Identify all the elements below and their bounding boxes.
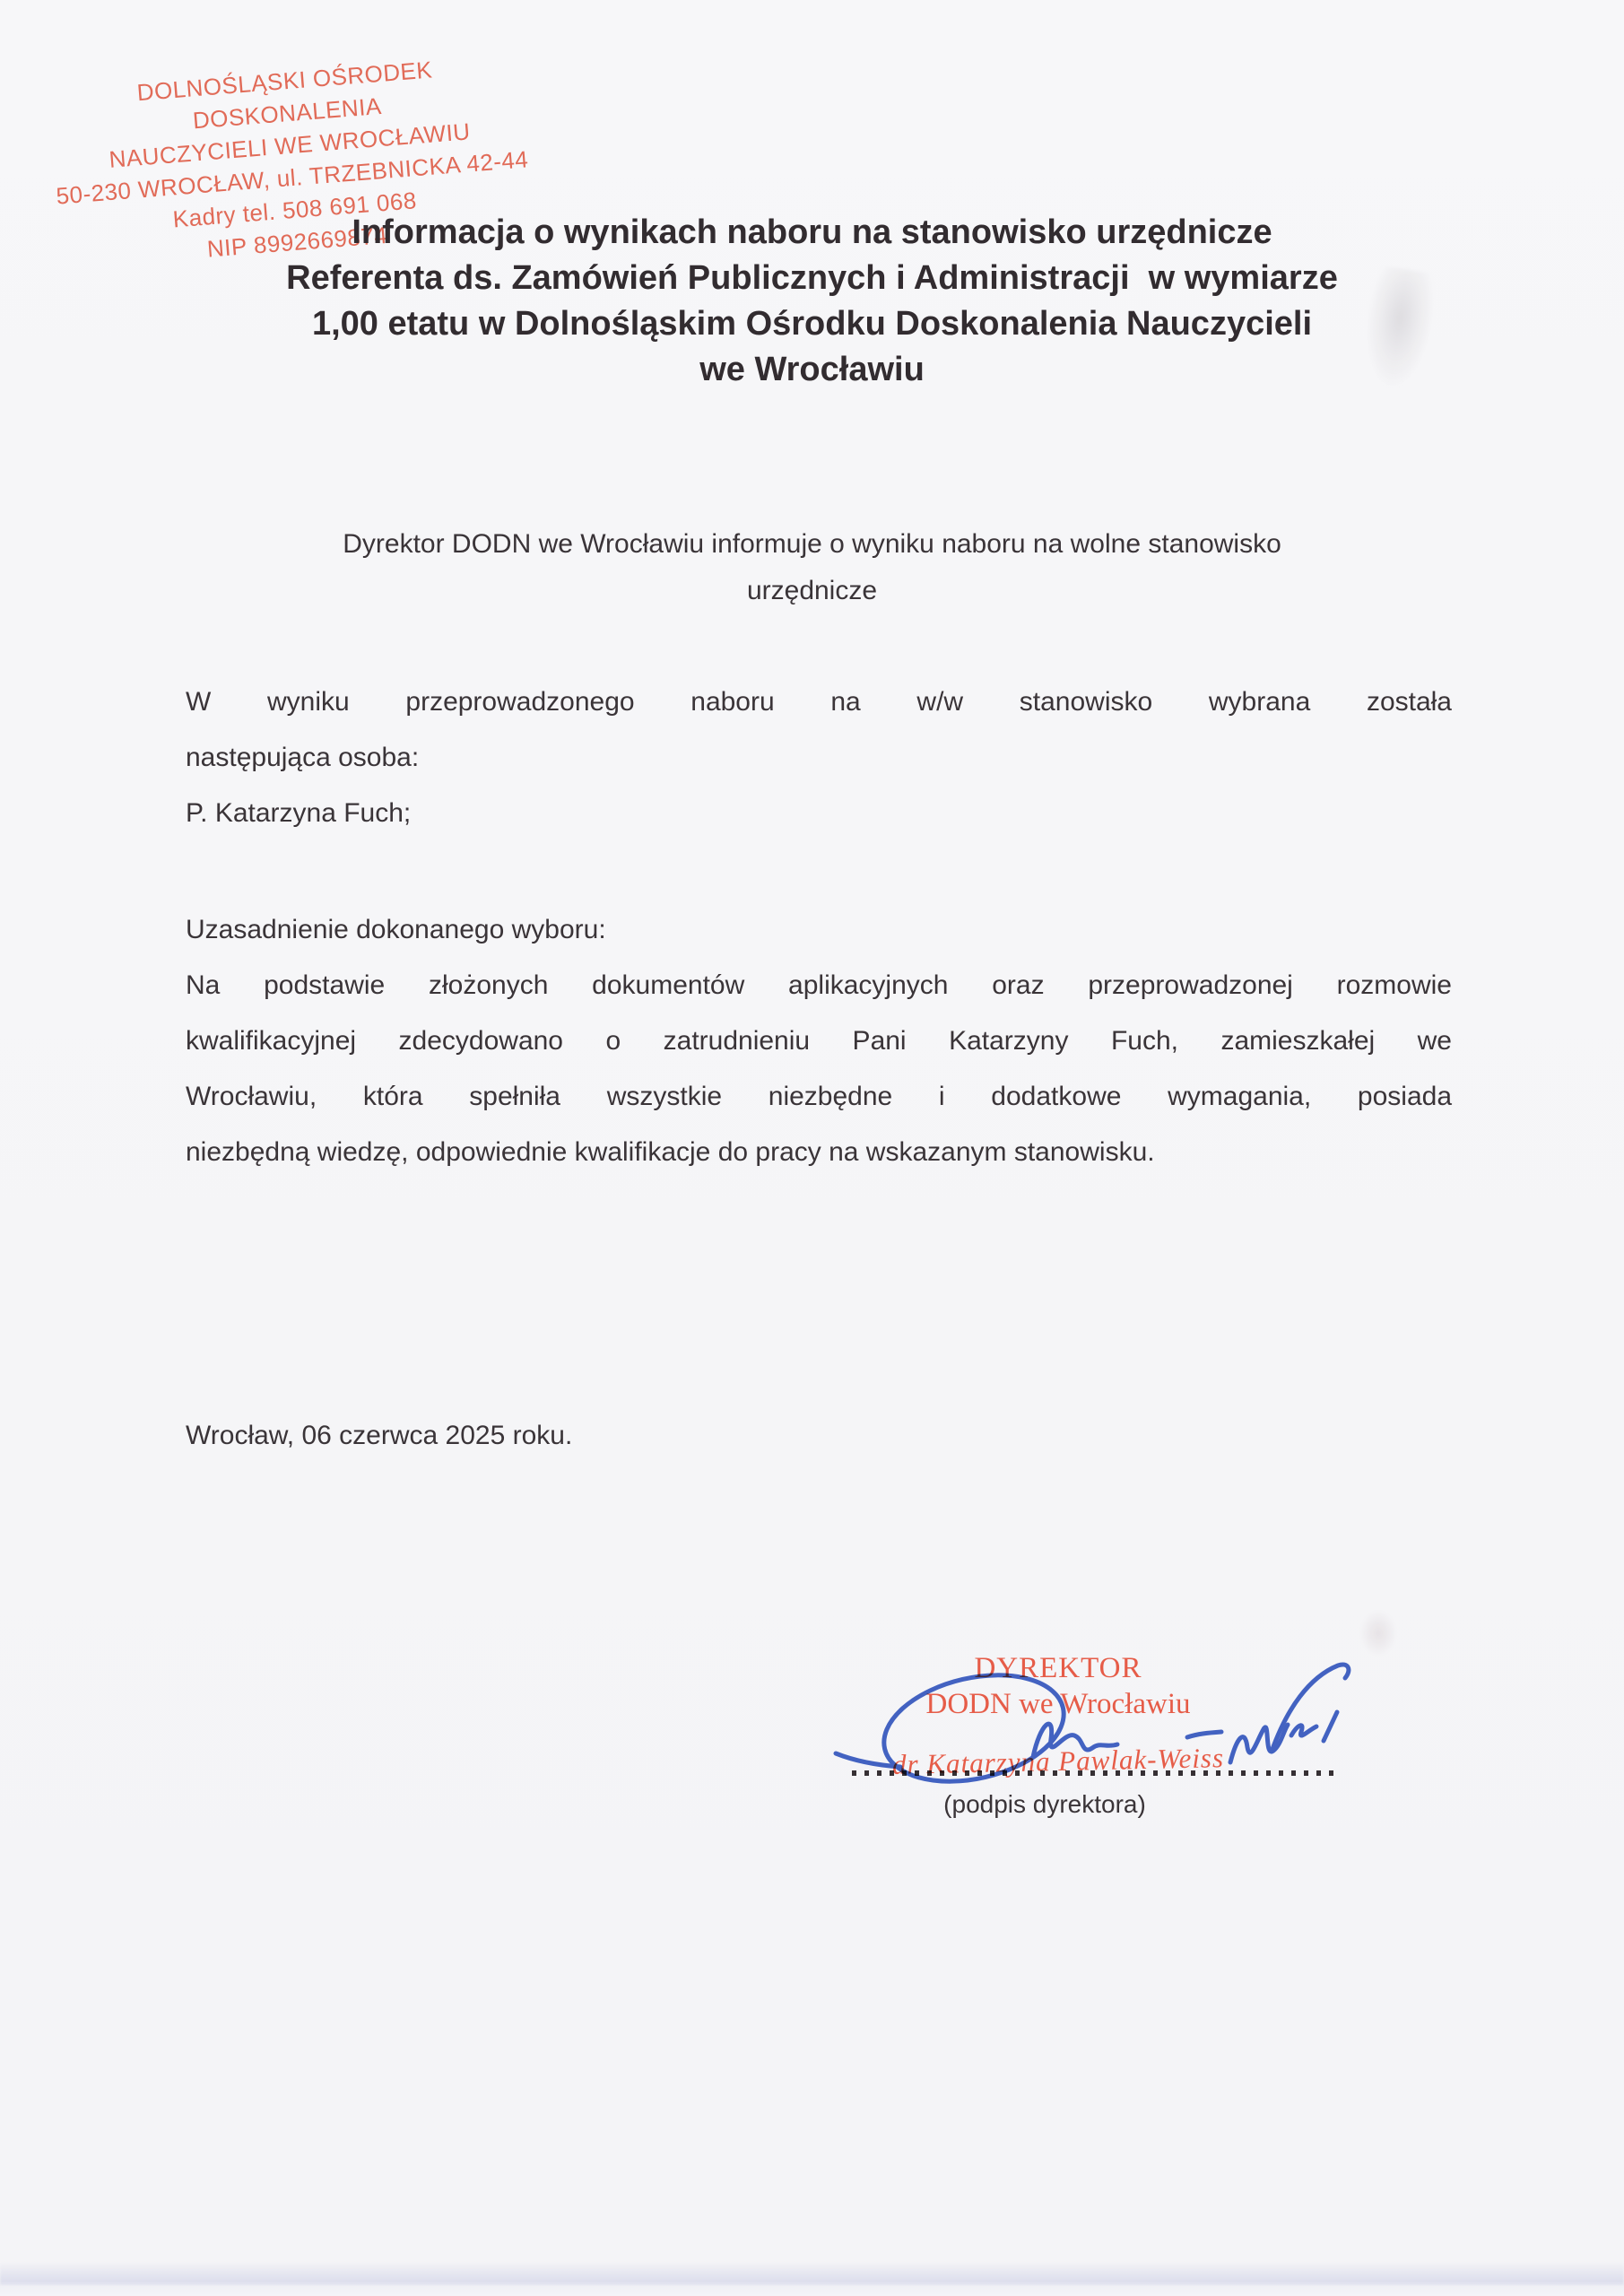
body-line: następująca osoba: — [186, 730, 1452, 786]
body-line: kwalifikacyjnej zdecydowano o zatrudnien… — [186, 1013, 1452, 1069]
body-line: W wyniku przeprowadzonego naboru na w/w … — [186, 674, 1452, 730]
intro-paragraph: Dyrektor DODN we Wrocławiu informuje o w… — [135, 521, 1489, 614]
date-line: Wrocław, 06 czerwca 2025 roku. — [186, 1408, 572, 1464]
document-title: Informacja o wynikach naboru na stanowis… — [81, 210, 1543, 393]
title-line: 1,00 etatu w Dolnośląskim Ośrodku Doskon… — [81, 301, 1543, 347]
selected-person-line: P. Katarzyna Fuch; — [186, 786, 1452, 841]
signature-scribble-3 — [1291, 1726, 1316, 1735]
title-line: we Wrocławiu — [81, 347, 1543, 393]
justification-heading: Uzasadnienie dokonanego wyboru: — [186, 902, 1452, 958]
handwritten-signature — [825, 1646, 1363, 1798]
scan-smudge — [1359, 1610, 1397, 1657]
intro-line: Dyrektor DODN we Wrocławiu informuje o w… — [135, 521, 1489, 568]
body-line: niezbędną wiedzę, odpowiednie kwalifikac… — [186, 1125, 1452, 1180]
justification-paragraph: Uzasadnienie dokonanego wyboru: Na podst… — [186, 902, 1452, 1180]
scan-edge-artifact — [0, 2283, 1624, 2296]
title-line: Informacja o wynikach naboru na stanowis… — [81, 210, 1543, 256]
signature-scribble-1 — [1033, 1724, 1117, 1757]
signature-dash — [1187, 1732, 1221, 1737]
intro-line: urzędnicze — [135, 568, 1489, 614]
signature-end-stroke — [1324, 1712, 1337, 1741]
scan-edge-artifact — [0, 2262, 1624, 2285]
body-line: Na podstawie złożonych dokumentów aplika… — [186, 958, 1452, 1013]
title-line: Referenta ds. Zamówień Publicznych i Adm… — [81, 256, 1543, 301]
result-paragraph: W wyniku przeprowadzonego naboru na w/w … — [186, 674, 1452, 841]
scanned-document-page: DOLNOŚLĄSKI OŚRODEK DOSKONALENIA NAUCZYC… — [0, 0, 1624, 2296]
body-line: Wrocławiu, która spełniła wszystkie niez… — [186, 1069, 1452, 1125]
